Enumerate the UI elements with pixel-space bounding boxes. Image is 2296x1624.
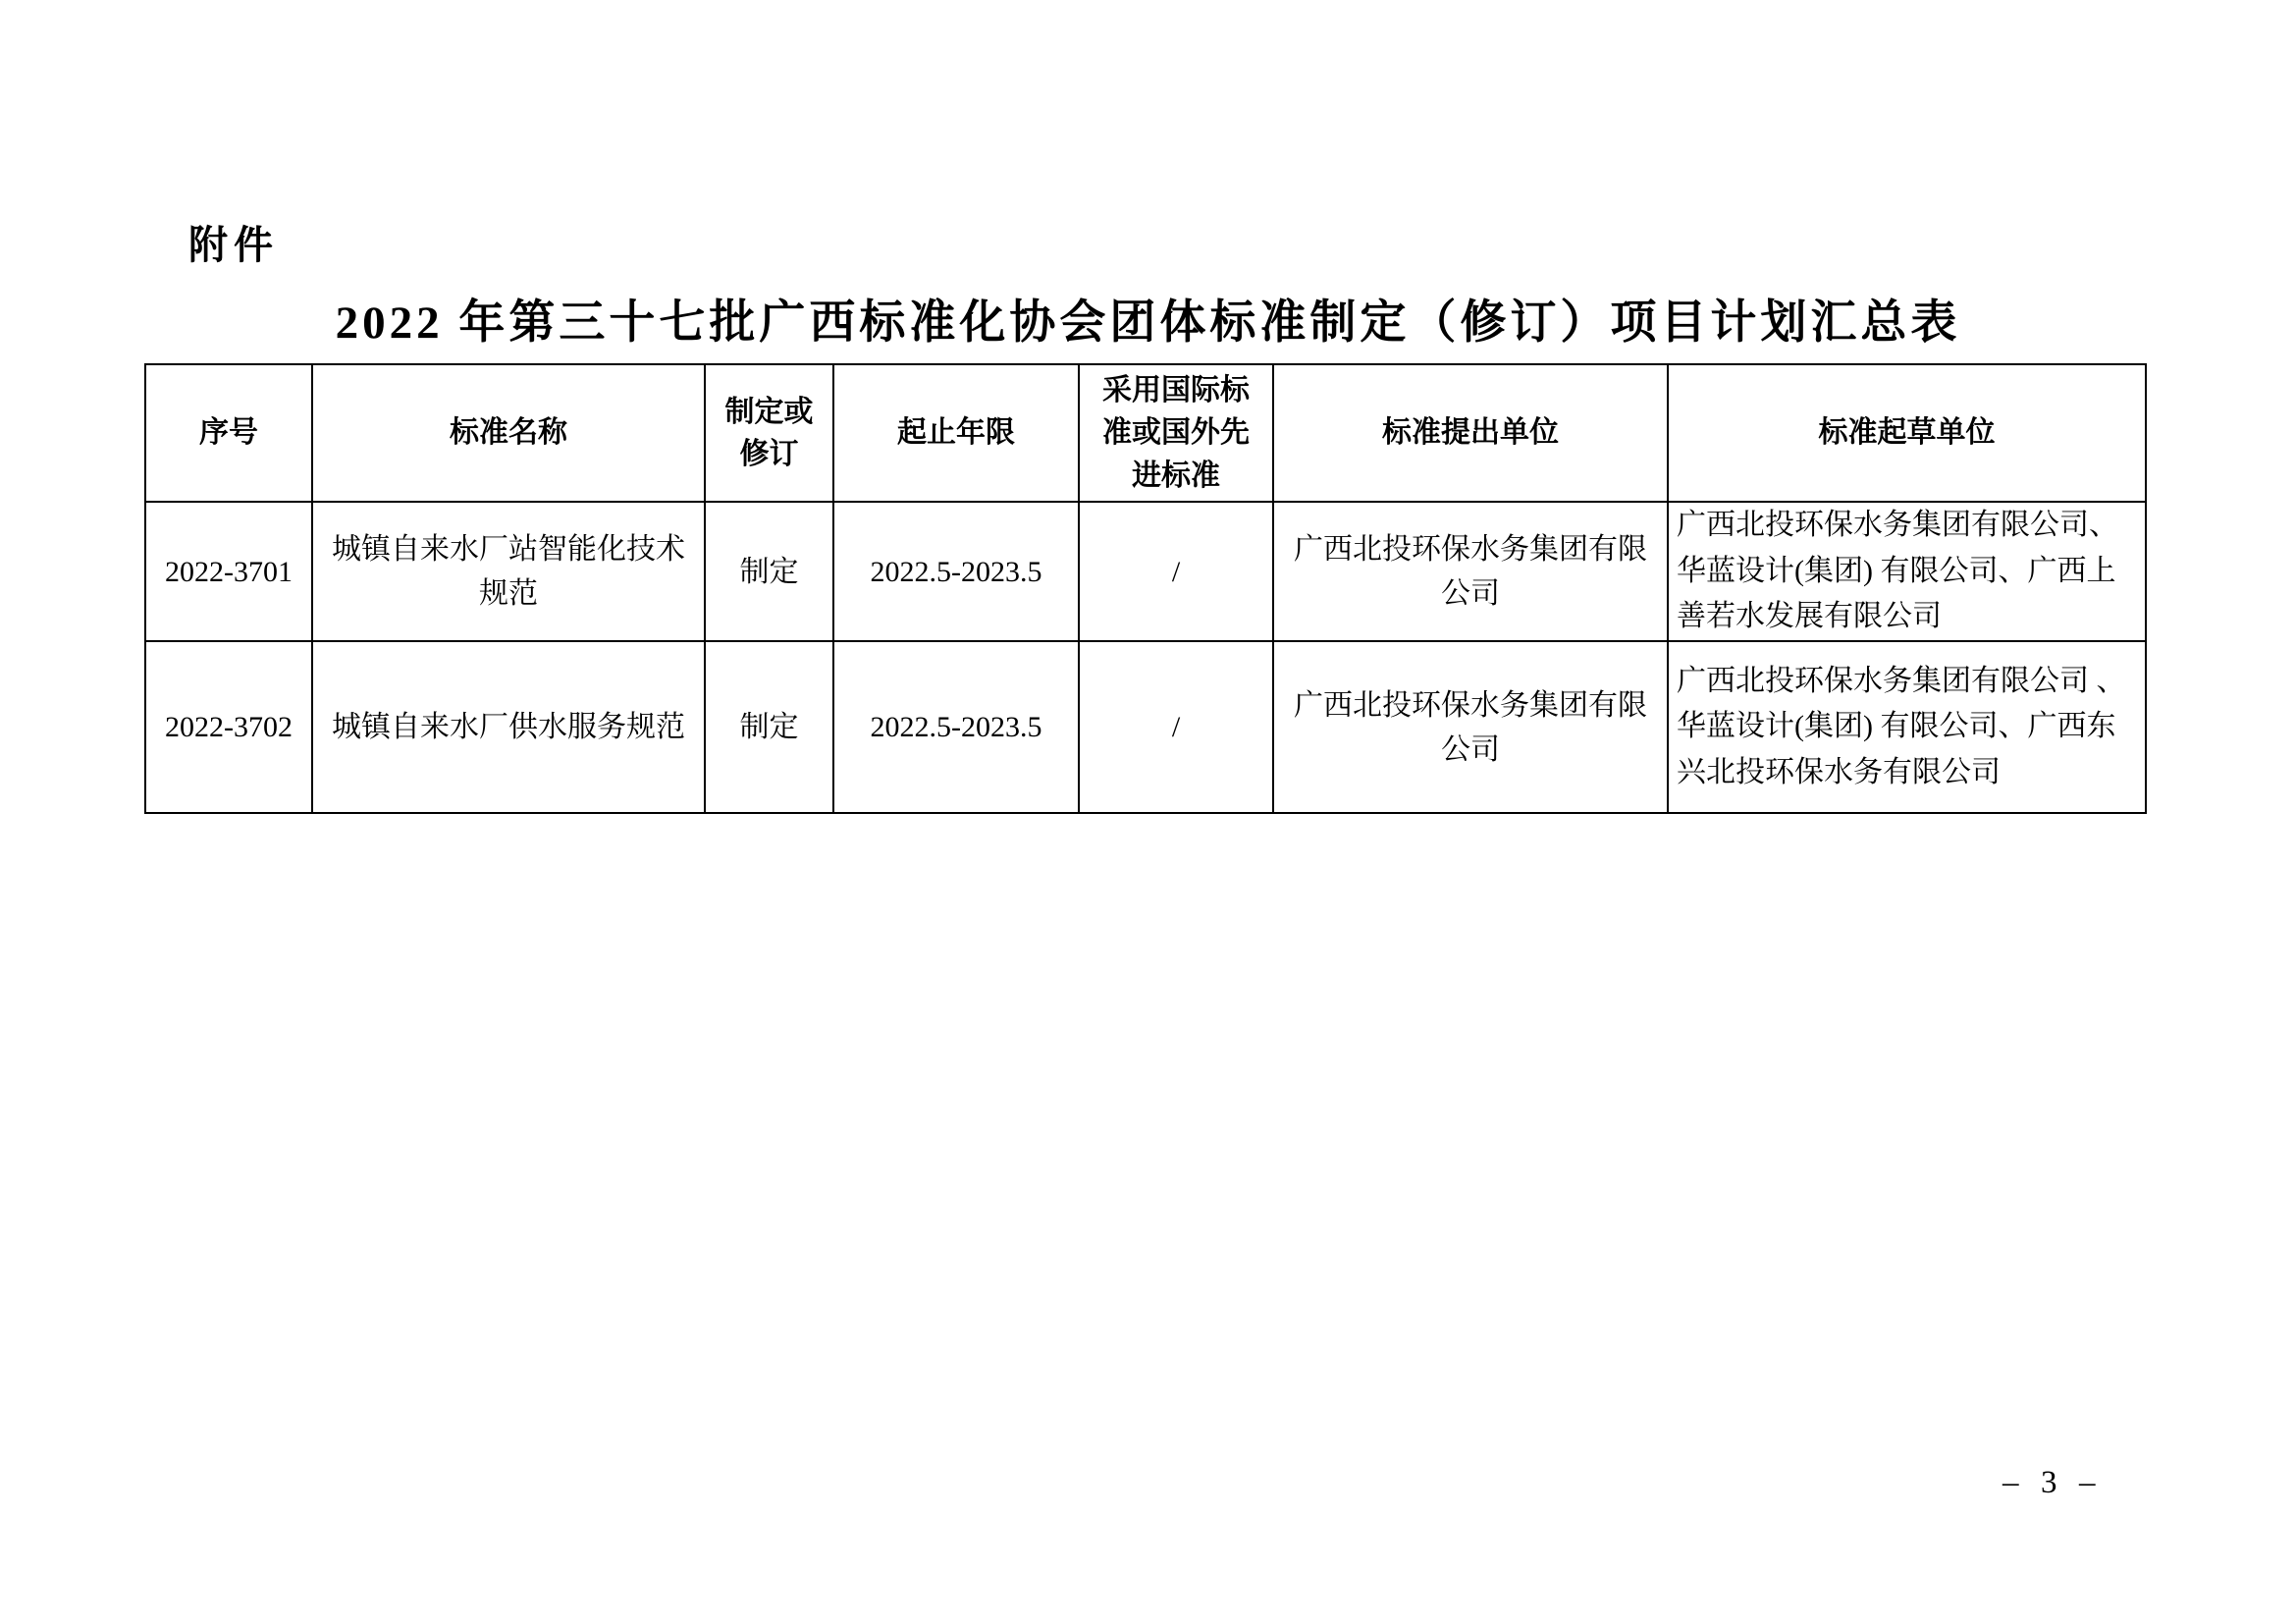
col-header-intl: 采用国际标准或国外先进标准 — [1079, 364, 1273, 502]
col-header-name: 标准名称 — [312, 364, 705, 502]
col-header-proposer: 标准提出单位 — [1273, 364, 1668, 502]
cell-name: 城镇自来水厂供水服务规范 — [312, 641, 705, 813]
col-header-period: 起止年限 — [833, 364, 1079, 502]
cell-period: 2022.5-2023.5 — [833, 641, 1079, 813]
cell-seq: 2022-3701 — [145, 502, 312, 641]
cell-drafter: 广西北投环保水务集团有限公司 、华蓝设计(集团) 有限公司、广西东兴北投环保水务… — [1668, 641, 2146, 813]
col-header-seq: 序号 — [145, 364, 312, 502]
cell-name: 城镇自来水厂站智能化技术规范 — [312, 502, 705, 641]
cell-proposer: 广西北投环保水务集团有限公司 — [1273, 502, 1668, 641]
cell-proposer: 广西北投环保水务集团有限公司 — [1273, 641, 1668, 813]
col-header-type: 制定或修订 — [705, 364, 833, 502]
attachment-label: 附件 — [188, 214, 279, 270]
cell-type: 制定 — [705, 502, 833, 641]
table-row: 2022-3701 城镇自来水厂站智能化技术规范 制定 2022.5-2023.… — [145, 502, 2146, 641]
table-row: 2022-3702 城镇自来水厂供水服务规范 制定 2022.5-2023.5 … — [145, 641, 2146, 813]
cell-intl: / — [1079, 641, 1273, 813]
cell-type: 制定 — [705, 641, 833, 813]
document-page: 附件 2022 年第三十七批广西标准化协会团体标准制定（修订）项目计划汇总表 序… — [0, 0, 2296, 1624]
cell-intl: / — [1079, 502, 1273, 641]
col-header-drafter: 标准起草单位 — [1668, 364, 2146, 502]
page-title: 2022 年第三十七批广西标准化协会团体标准制定（修订）项目计划汇总表 — [0, 286, 2296, 352]
cell-seq: 2022-3702 — [145, 641, 312, 813]
cell-period: 2022.5-2023.5 — [833, 502, 1079, 641]
cell-drafter: 广西北投环保水务集团有限公司、华蓝设计(集团) 有限公司、广西上善若水发展有限公… — [1668, 502, 2146, 641]
plan-summary-table: 序号 标准名称 制定或修订 起止年限 采用国际标准或国外先进标准 标准提出单位 … — [144, 363, 2147, 814]
page-number: – 3 – — [2002, 1465, 2098, 1501]
table-header-row: 序号 标准名称 制定或修订 起止年限 采用国际标准或国外先进标准 标准提出单位 … — [145, 364, 2146, 502]
